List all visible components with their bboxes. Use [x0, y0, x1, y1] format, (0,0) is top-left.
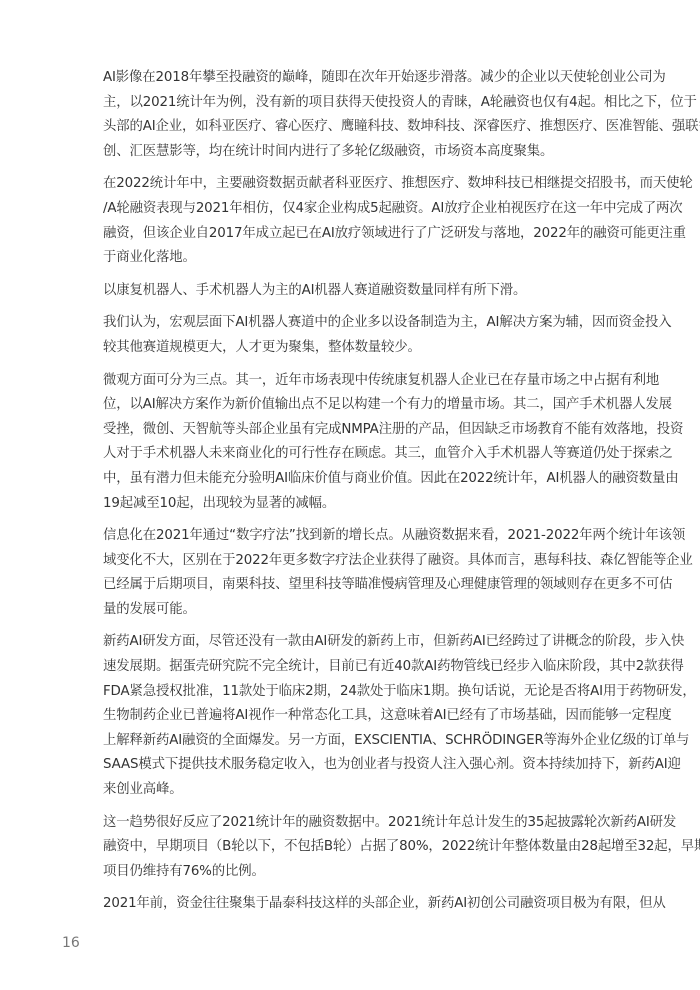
paragraph-ai-imaging: AI影像在2018年攀至投融资的巅峰，随即在次年开始逐步滑落。减少的企业以天使轮… — [103, 66, 603, 164]
text-line: 上解释新药AI融资的全面爆发。另一方面，EXSCIENTIA、SCHRÖDING… — [103, 729, 599, 754]
text-line: 在2022统计年中，主要融资数据贡献者科亚医疗、推想医疗、数坤科技已相继提交招股… — [103, 172, 599, 197]
text-line: 主，以2021统计年为例，没有新的项目获得天使投资人的青睐，A轮融资也仅有4起。… — [103, 91, 599, 116]
text-line: 信息化在2021年通过“数字疗法”找到新的增长点。从融资数据来看，2021-20… — [103, 524, 599, 549]
text-line: 中，虽有潜力但未能充分验明AI临床价值与商业价值。因此在2022统计年，AI机器… — [103, 467, 599, 492]
text-line: 人对于手术机器人未来商业化的可行性存在顾虑。其三，血管介入手术机器人等赛道仍处于… — [103, 442, 599, 467]
text-line: /A轮融资表现与2021年相仿，仅4家企业构成5起融资。AI放疗企业柏视医疗在这… — [103, 197, 599, 222]
text-line: 已经属于后期项目，南栗科技、望里科技等瞄准慢病管理及心理健康管理的领域则存在更多… — [103, 573, 599, 598]
text-line: 较其他赛道规模更大，人才更为聚集，整体数量较少。 — [103, 336, 599, 361]
text-line: 于商业化落地。 — [103, 246, 599, 271]
paragraph-robotics-intro: 以康复机器人、手术机器人为主的AI机器人赛道融资数量同样有所下滑。 — [103, 279, 603, 304]
text-line: 域变化不大，区别在于2022年更多数字疗法企业获得了融资。具体而言，惠每科技、森… — [103, 549, 599, 574]
text-line: 量的发展可能。 — [103, 598, 599, 623]
text-line: 19起减至10起，出现较为显著的减幅。 — [103, 492, 599, 517]
text-line: 速发展期。据蛋壳研究院不完全统计，目前已有近40款AI药物管线已经步入临床阶段，… — [103, 655, 599, 680]
paragraph-pre-2021: 2021年前，资金往往聚集于晶泰科技这样的头部企业，新药AI初创公司融资项目极为… — [103, 892, 603, 917]
text-line: 项目仍维持有76%的比例。 — [103, 860, 599, 885]
text-line: 生物制药企业已普遍将AI视作一种常态化工具，这意味着AI已经有了市场基础，因而能… — [103, 704, 599, 729]
text-line: 融资中，早期项目（B轮以下，不包括B轮）占据了80%，2022统计年整体数量由2… — [103, 835, 599, 860]
paragraph-drug-ai-trend: 这一趋势很好反应了2021统计年的融资数据中。2021统计年总计发生的35起披露… — [103, 811, 603, 885]
text-line: 微观方面可分为三点。其一，近年市场表现中传统康复机器人企业已在存量市场之中占据有… — [103, 369, 599, 394]
text-line: 2021年前，资金往往聚集于晶泰科技这样的头部企业，新药AI初创公司融资项目极为… — [103, 892, 599, 917]
page-number: 16 — [62, 935, 80, 951]
text-line: 新药AI研发方面，尽管还没有一款由AI研发的新药上市，但新药AI已经跨过了讲概念… — [103, 630, 599, 655]
text-line: 创、汇医慧影等，均在统计时间内进行了多轮亿级融资，市场资本高度聚集。 — [103, 140, 599, 165]
paragraph-robotics-micro: 微观方面可分为三点。其一，近年市场表现中传统康复机器人企业已在存量市场之中占据有… — [103, 369, 603, 517]
text-line: AI影像在2018年攀至投融资的巅峰，随即在次年开始逐步滑落。减少的企业以天使轮… — [103, 66, 599, 91]
text-line: 以康复机器人、手术机器人为主的AI机器人赛道融资数量同样有所下滑。 — [103, 279, 599, 304]
text-line: 我们认为，宏观层面下AI机器人赛道中的企业多以设备制造为主，AI解决方案为辅，因… — [103, 311, 599, 336]
paragraph-2022-imaging: 在2022统计年中，主要融资数据贡献者科亚医疗、推想医疗、数坤科技已相继提交招股… — [103, 172, 603, 270]
paragraph-drug-ai: 新药AI研发方面，尽管还没有一款由AI研发的新药上市，但新药AI已经跨过了讲概念… — [103, 630, 603, 802]
text-line: SAAS模式下提供技术服务稳定收入，也为创业者与投资人注入强心剂。资本持续加持下… — [103, 753, 599, 778]
text-line: 受挫，微创、天智航等头部企业虽有完成NMPA注册的产品，但因缺乏市场教育不能有效… — [103, 418, 599, 443]
text-line: 来创业高峰。 — [103, 778, 599, 803]
paragraph-informatization: 信息化在2021年通过“数字疗法”找到新的增长点。从融资数据来看，2021-20… — [103, 524, 603, 622]
text-line: 这一趋势很好反应了2021统计年的融资数据中。2021统计年总计发生的35起披露… — [103, 811, 599, 836]
paragraph-robotics-macro: 我们认为，宏观层面下AI机器人赛道中的企业多以设备制造为主，AI解决方案为辅，因… — [103, 311, 603, 360]
text-line: 融资，但该企业自2017年成立起已在AI放疗领域进行了广泛研发与落地，2022年… — [103, 222, 599, 247]
document-body: AI影像在2018年攀至投融资的巅峰，随即在次年开始逐步滑落。减少的企业以天使轮… — [103, 66, 603, 925]
text-line: 位，以AI解决方案作为新价值输出点不足以构建一个有力的增量市场。其二，国产手术机… — [103, 393, 599, 418]
text-line: FDA紧急授权批准，11款处于临床2期，24款处于临床1期。换句话说，无论是否将… — [103, 680, 599, 705]
text-line: 头部的AI企业，如科亚医疗、睿心医疗、鹰瞳科技、数坤科技、深睿医疗、推想医疗、医… — [103, 115, 599, 140]
